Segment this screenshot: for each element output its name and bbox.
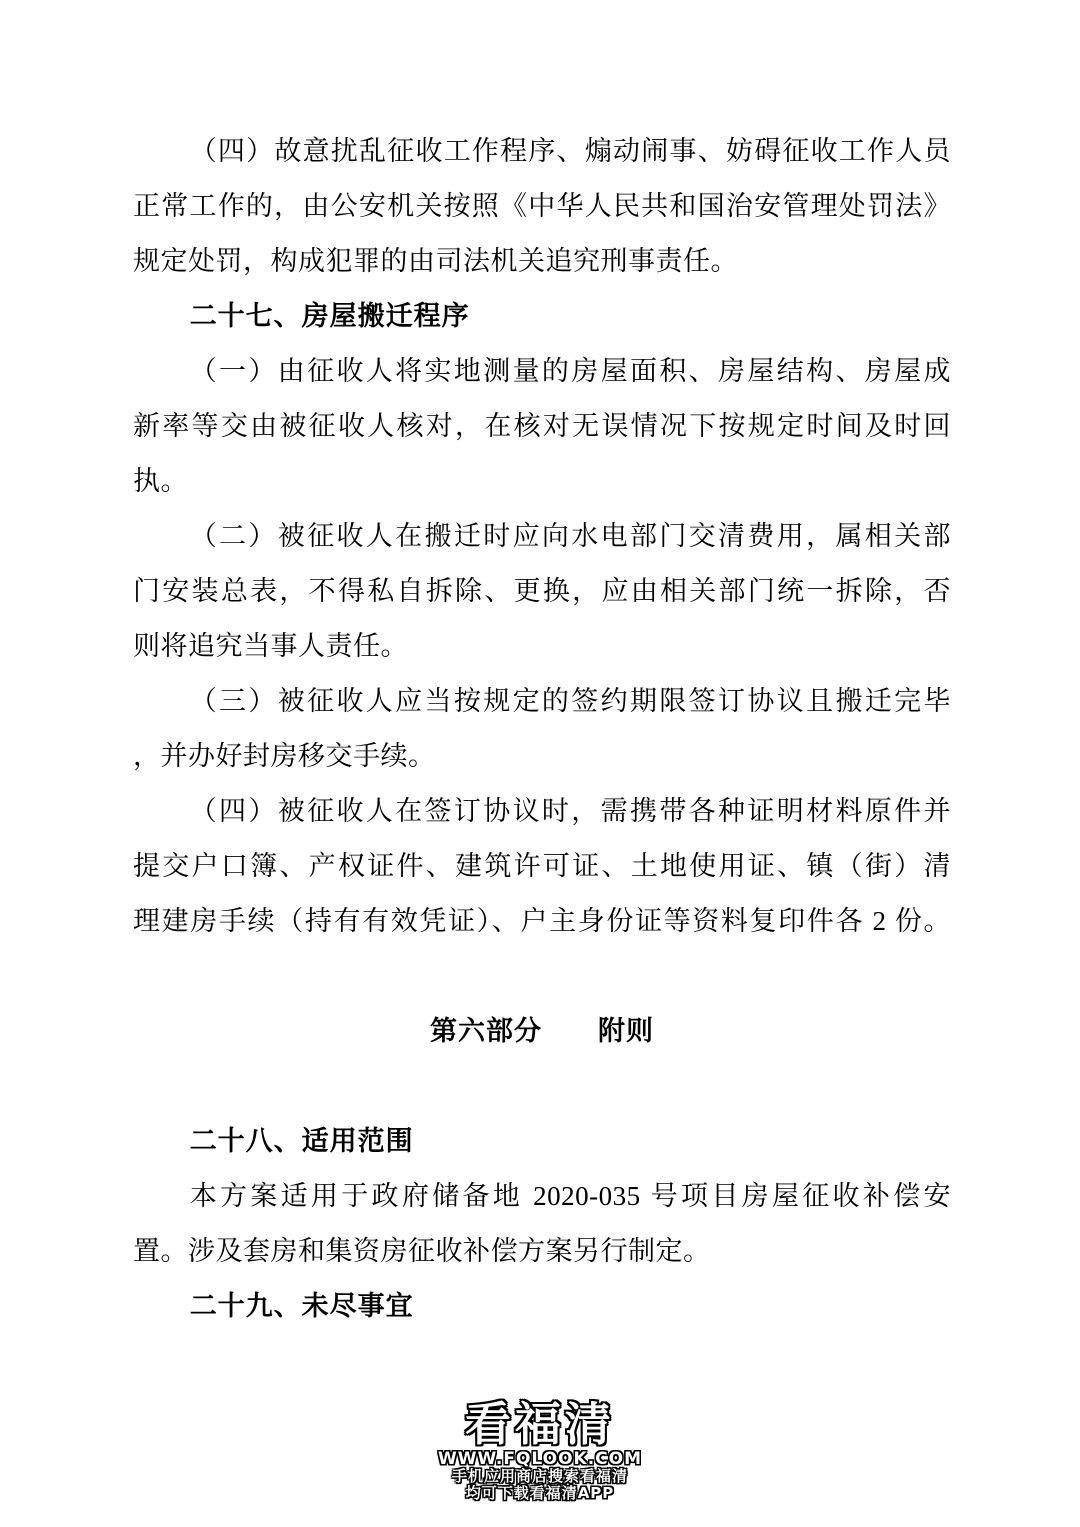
document-line: 二十八、适用范围 (133, 1114, 951, 1169)
document-line: （四）故意扰乱征收工作程序、煽动闹事、妨碍征收工作人员 (133, 124, 951, 179)
document-line: 正常工作的，由公安机关按照《中华人民共和国治安管理处罚法》 (133, 179, 951, 234)
document-line: 提交户口簿、产权证件、建筑许可证、土地使用证、镇（街）清 (133, 839, 951, 894)
document-line: 规定处罚，构成犯罪的由司法机关追究刑事责任。 (133, 234, 951, 289)
document-page: （四）故意扰乱征收工作程序、煽动闹事、妨碍征收工作人员正常工作的，由公安机关按照… (0, 0, 1080, 1527)
document-line: 理建房手续（持有有效凭证）、户主身份证等资料复印件各 2 份。 (133, 894, 951, 949)
document-line: 第六部分 附则 (133, 1004, 951, 1059)
document-line: 二十九、未尽事宜 (133, 1279, 951, 1334)
document-line: 执。 (133, 454, 951, 509)
document-line: 二十七、房屋搬迁程序 (133, 289, 951, 344)
document-line: 本方案适用于政府储备地 2020-035 号项目房屋征收补偿安 (133, 1169, 951, 1224)
document-line: （一）由征收人将实地测量的房屋面积、房屋结构、房屋成 (133, 344, 951, 399)
document-line: 则将追究当事人责任。 (133, 619, 951, 674)
watermark-note-2: 均可下载看福清APP (0, 1485, 1080, 1502)
document-line: 门安装总表，不得私自拆除、更换，应由相关部门统一拆除，否 (133, 564, 951, 619)
document-line: 新率等交由被征收人核对，在核对无误情况下按规定时间及时回 (133, 399, 951, 454)
document-line: （二）被征收人在搬迁时应向水电部门交清费用，属相关部 (133, 509, 951, 564)
blank-line (133, 1059, 951, 1114)
blank-line (133, 949, 951, 1004)
document-line: ，并办好封房移交手续。 (133, 729, 951, 784)
watermark-title: 看福清 (0, 1398, 1080, 1450)
document-line: （四）被征收人在签订协议时，需携带各种证明材料原件并 (133, 784, 951, 839)
watermark-site-url: WWW.FQLOOK.COM (0, 1450, 1080, 1468)
document-body: （四）故意扰乱征收工作程序、煽动闹事、妨碍征收工作人员正常工作的，由公安机关按照… (133, 124, 951, 1334)
document-line: 置。涉及套房和集资房征收补偿方案另行制定。 (133, 1224, 951, 1279)
watermark-note-1: 手机应用商店搜索看福清 (0, 1468, 1080, 1485)
document-line: （三）被征收人应当按规定的签约期限签订协议且搬迁完毕 (133, 674, 951, 729)
watermark: 看福清 WWW.FQLOOK.COM 手机应用商店搜索看福清 均可下载看福清AP… (0, 1398, 1080, 1502)
